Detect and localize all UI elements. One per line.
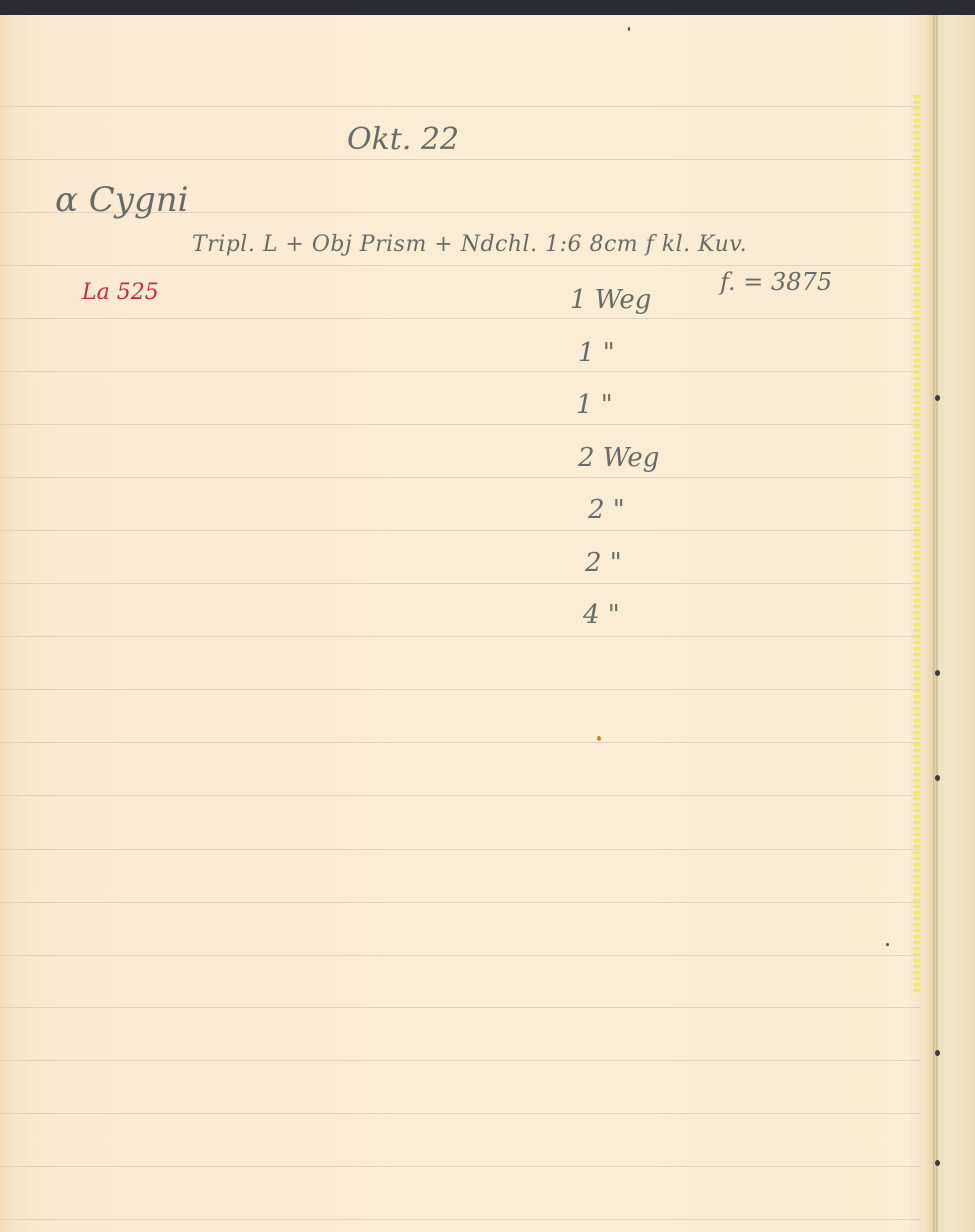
focal-length-note: f. = 3875: [720, 268, 832, 296]
exposure-entry: 1 ": [576, 390, 613, 420]
exposure-entry: 2 ": [588, 495, 625, 525]
exposure-entry: 2 Weg: [578, 443, 659, 473]
ruled-line: [0, 1166, 920, 1167]
ruled-line: [0, 318, 920, 319]
instrument-setup: Tripl. L + Obj Prism + Ndchl. 1:6 8cm f …: [192, 232, 747, 257]
paper-speck: [628, 27, 630, 31]
ruled-line: [0, 1219, 920, 1220]
ruled-line: [0, 849, 920, 850]
ruled-line: [0, 795, 920, 796]
binding-hole: [935, 1160, 940, 1166]
ruled-line: [0, 265, 920, 266]
ruled-line: [0, 424, 920, 425]
ruled-line: [0, 636, 920, 637]
scan-top-border: [0, 0, 975, 15]
binding-hole: [935, 1050, 940, 1056]
exposure-entry: 1 Weg: [570, 285, 651, 315]
binding-hole: [935, 670, 940, 676]
catalog-reference: La 525: [82, 280, 159, 305]
ruled-line: [0, 371, 920, 372]
star-name: α Cygni: [55, 180, 189, 220]
ruled-line: [0, 583, 920, 584]
ruled-line: [0, 742, 920, 743]
ruled-line: [0, 159, 920, 160]
ruled-line: [0, 955, 920, 956]
date-heading: Okt. 22: [347, 122, 459, 157]
highlighter-mark: [913, 95, 920, 995]
exposure-entry: 1 ": [578, 338, 615, 368]
paper-speck: [886, 943, 889, 946]
ruled-line: [0, 1007, 920, 1008]
ruled-line: [0, 1113, 920, 1114]
ruled-line: [0, 477, 920, 478]
exposure-entry: 2 ": [585, 548, 622, 578]
ruled-line: [0, 106, 920, 107]
exposure-entry: 4 ": [583, 600, 620, 630]
ruled-line: [0, 1060, 920, 1061]
ruled-line: [0, 902, 920, 903]
page-stack-edge: [933, 15, 975, 1232]
binding-hole: [935, 395, 940, 401]
paper-speck: [597, 736, 601, 741]
ruled-line: [0, 689, 920, 690]
binding-hole: [935, 775, 940, 781]
ruled-line: [0, 530, 920, 531]
